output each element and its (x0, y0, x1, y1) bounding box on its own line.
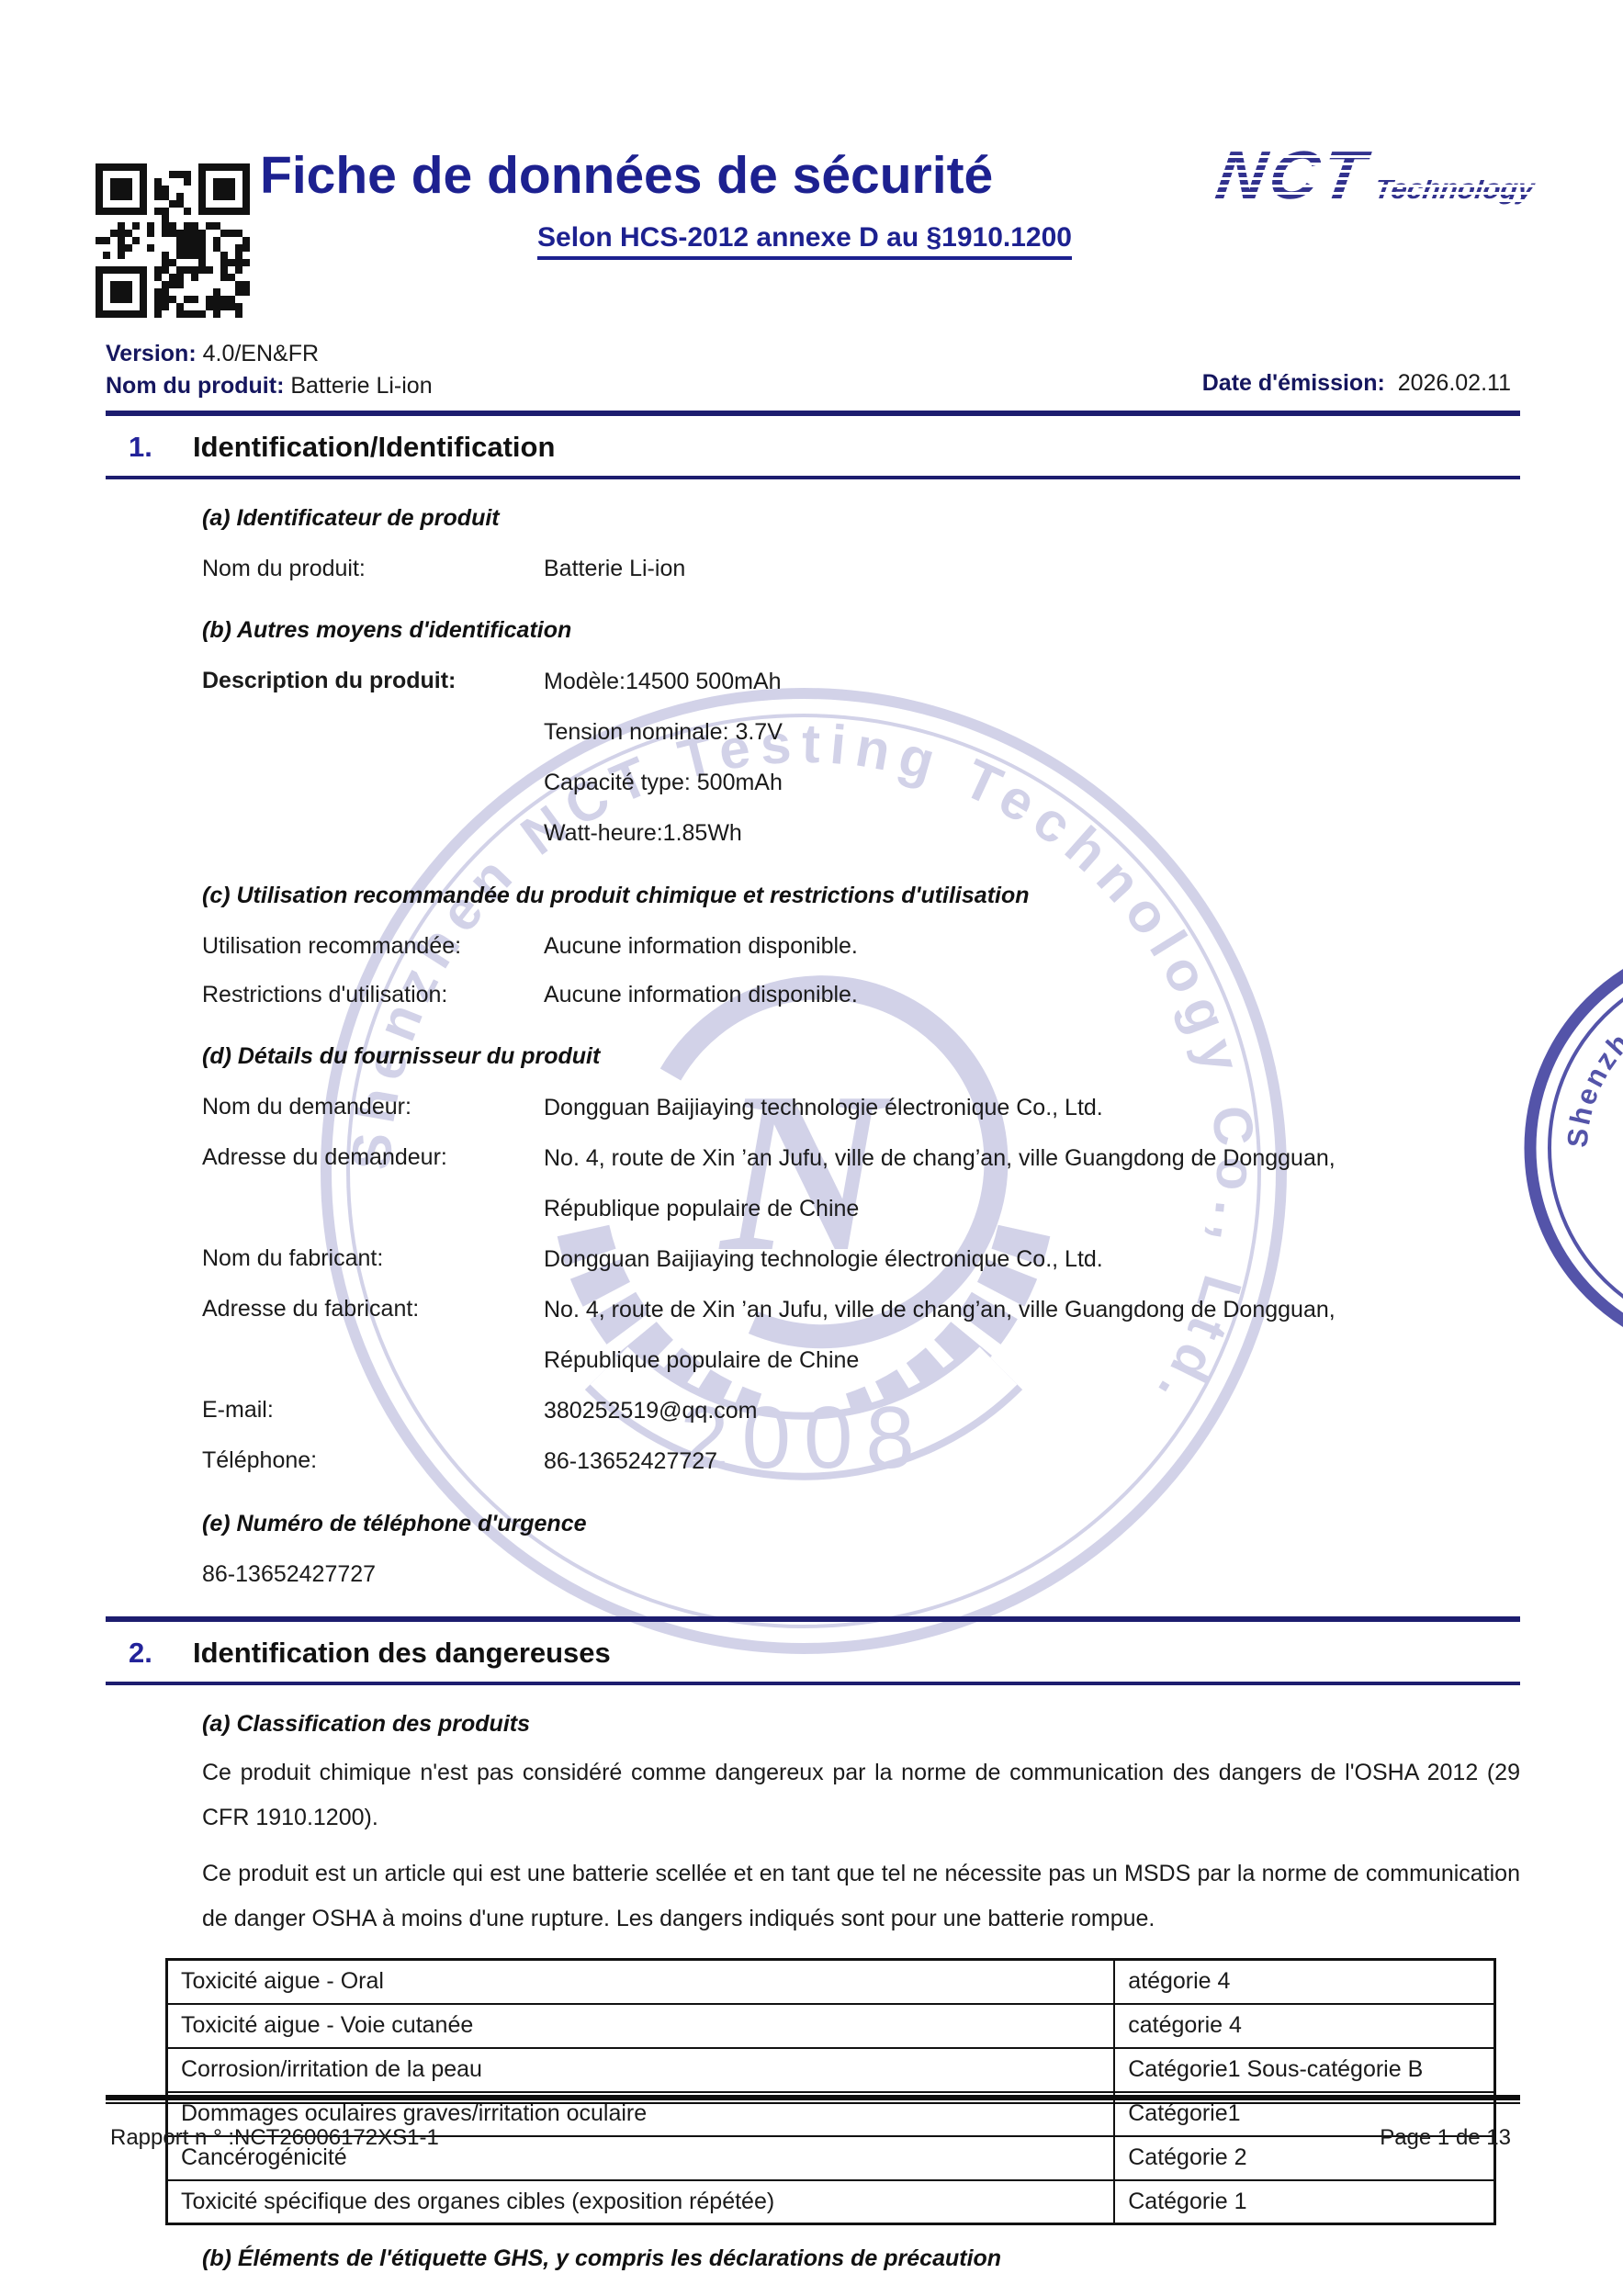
footer-rule (106, 2095, 1520, 2104)
product-name-label: Nom du produit: (106, 373, 284, 399)
emergency-phone: 86-13652427727 (202, 1550, 1520, 1598)
hazard-cell: Toxicité spécifique des organes cibles (… (167, 2180, 1115, 2224)
section1-b-heading: (b) Autres moyens d'identification (202, 617, 1520, 644)
product-row-label: Nom du produit: (202, 545, 544, 593)
manufacturer-address-label: Adresse du fabricant: (202, 1285, 544, 1386)
value-line: Dongguan Baijiaying technologie électron… (544, 1234, 1520, 1285)
manufacturer-name-value: Dongguan Baijiaying technologie électron… (544, 1234, 1520, 1285)
phone-label: Téléphone: (202, 1436, 544, 1487)
nct-logo: NCTTechnology (1217, 136, 1536, 214)
manufacturer-name-label: Nom du fabricant: (202, 1234, 544, 1285)
applicant-name-row: Nom du demandeur: Dongguan Baijiaying te… (202, 1083, 1520, 1133)
hazard-classification-table: Toxicité aigue - Oral atégorie 4 Toxicit… (165, 1958, 1496, 2225)
phone-row: Téléphone: 86-13652427727 (202, 1436, 1520, 1487)
issue-date-value: 2026.02.11 (1398, 370, 1511, 396)
logo-nct-text: NCT (1212, 137, 1373, 213)
section2-b-heading: (b) Éléments de l'étiquette GHS, y compr… (202, 2245, 1520, 2272)
description-values: Modèle:14500 500mAh Tension nominale: 3.… (544, 657, 1520, 859)
value-line: No. 4, route de Xin ’an Jufu, ville de c… (544, 1133, 1520, 1184)
recommended-use-value: Aucune information disponible. (544, 922, 1520, 971)
classification-paragraph-2: Ce produit est un article qui est une ba… (202, 1851, 1520, 1941)
table-row: Toxicité aigue - Oral atégorie 4 (167, 1960, 1495, 2004)
logo-technology-text: Technology (1373, 173, 1537, 205)
table-row: Corrosion/irritation de la peau Catégori… (167, 2048, 1495, 2092)
product-row-value: Batterie Li-ion (544, 545, 1520, 593)
email-row: E-mail: 380252519@qq.com (202, 1386, 1520, 1436)
document-subtitle: Selon HCS-2012 annexe D au §1910.1200 (537, 222, 1072, 260)
section2-number: 2. (129, 1637, 193, 1670)
document-title: Fiche de données de sécurité (260, 145, 993, 206)
use-restrictions-label: Restrictions d'utilisation: (202, 971, 544, 1019)
description-line: Watt-heure:1.85Wh (544, 808, 1520, 859)
section1-a-heading: (a) Identificateur de produit (202, 505, 1520, 532)
section1-body: (a) Identificateur de produit Nom du pro… (106, 479, 1520, 1616)
manufacturer-name-row: Nom du fabricant: Dongguan Baijiaying te… (202, 1234, 1520, 1285)
section1-e-heading: (e) Numéro de téléphone d'urgence (202, 1511, 1520, 1537)
issue-date-label: Date d'émission: (1202, 370, 1385, 396)
applicant-address-value: No. 4, route de Xin ’an Jufu, ville de c… (544, 1133, 1520, 1234)
category-cell: catégorie 4 (1114, 2004, 1494, 2048)
recommended-use-row: Utilisation recommandée: Aucune informat… (202, 922, 1520, 971)
email-label: E-mail: (202, 1386, 544, 1436)
manufacturer-address-row: Adresse du fabricant: No. 4, route de Xi… (202, 1285, 1520, 1386)
section1-number: 1. (129, 431, 193, 464)
section1-c-heading: (c) Utilisation recommandée du produit c… (202, 883, 1520, 909)
applicant-name-label: Nom du demandeur: (202, 1083, 544, 1133)
qr-code-icon (96, 163, 250, 318)
value-line: République populaire de Chine (544, 1184, 1520, 1234)
table-row: Toxicité aigue - Voie cutanée catégorie … (167, 2004, 1495, 2048)
version-value: 4.0/EN&FR (203, 341, 319, 366)
applicant-name-value: Dongguan Baijiaying technologie électron… (544, 1083, 1520, 1133)
section2-a-heading: (a) Classification des produits (202, 1711, 1520, 1738)
report-number: Rapport n ° :NCT26006172XS1-1 (110, 2125, 439, 2151)
category-cell: Catégorie 1 (1114, 2180, 1494, 2224)
description-line: Tension nominale: 3.7V (544, 707, 1520, 758)
applicant-address-row: Adresse du demandeur: No. 4, route de Xi… (202, 1133, 1520, 1234)
section2-body: (a) Classification des produits Ce produ… (106, 1685, 1520, 2296)
section1-heading: 1.Identification/Identification (106, 416, 1520, 476)
manufacturer-address-value: No. 4, route de Xin ’an Jufu, ville de c… (544, 1285, 1520, 1386)
section1-d-heading: (d) Détails du fournisseur du produit (202, 1043, 1520, 1070)
section1-title: Identification/Identification (193, 431, 555, 463)
category-cell: atégorie 4 (1114, 1960, 1494, 2004)
product-name-line: Nom du produit: Batterie Li-ion (106, 370, 433, 402)
document-content: 1.Identification/Identification (a) Iden… (106, 411, 1520, 2296)
table-row: Toxicité spécifique des organes cibles (… (167, 2180, 1495, 2224)
description-label: Description du produit: (202, 657, 544, 859)
section2-title: Identification des dangereuses (193, 1637, 611, 1669)
version-line: Version: 4.0/EN&FR (106, 338, 433, 370)
version-label: Version: (106, 341, 197, 366)
value-line: No. 4, route de Xin ’an Jufu, ville de c… (544, 1285, 1520, 1335)
description-line: Capacité type: 500mAh (544, 758, 1520, 808)
value-line: 86-13652427727 (544, 1436, 1520, 1487)
product-name-value: Batterie Li-ion (290, 373, 432, 399)
use-restrictions-row: Restrictions d'utilisation: Aucune infor… (202, 971, 1520, 1019)
hazard-cell: Toxicité aigue - Oral (167, 1960, 1115, 2004)
recommended-use-label: Utilisation recommandée: (202, 922, 544, 971)
category-cell: Catégorie1 Sous-catégorie B (1114, 2048, 1494, 2092)
value-line: Dongguan Baijiaying technologie électron… (544, 1083, 1520, 1133)
issue-date-line: Date d'émission: 2026.02.11 (1202, 370, 1511, 397)
document-page: Shenzhen NCT Testing Technology Co., Ltd… (0, 0, 1623, 2296)
value-line: 380252519@qq.com (544, 1386, 1520, 1436)
page-number: Page 1 de 13 (1380, 2125, 1511, 2151)
value-line: République populaire de Chine (544, 1335, 1520, 1386)
hazard-cell: Toxicité aigue - Voie cutanée (167, 2004, 1115, 2048)
phone-value: 86-13652427727 (544, 1436, 1520, 1487)
use-restrictions-value: Aucune information disponible. (544, 971, 1520, 1019)
description-row: Description du produit: Modèle:14500 500… (202, 657, 1520, 859)
hazard-cell: Corrosion/irritation de la peau (167, 2048, 1115, 2092)
nct-stamp: Shenzhen NCT Testing Technology Co., Ltd… (1505, 923, 1623, 1401)
description-line: Modèle:14500 500mAh (544, 657, 1520, 707)
product-row: Nom du produit: Batterie Li-ion (202, 545, 1520, 593)
document-meta: Version: 4.0/EN&FR Nom du produit: Batte… (106, 338, 433, 402)
classification-paragraph-1: Ce produit chimique n'est pas considéré … (202, 1750, 1520, 1840)
email-value: 380252519@qq.com (544, 1386, 1520, 1436)
section2-heading: 2.Identification des dangereuses (106, 1622, 1520, 1682)
applicant-address-label: Adresse du demandeur: (202, 1133, 544, 1234)
